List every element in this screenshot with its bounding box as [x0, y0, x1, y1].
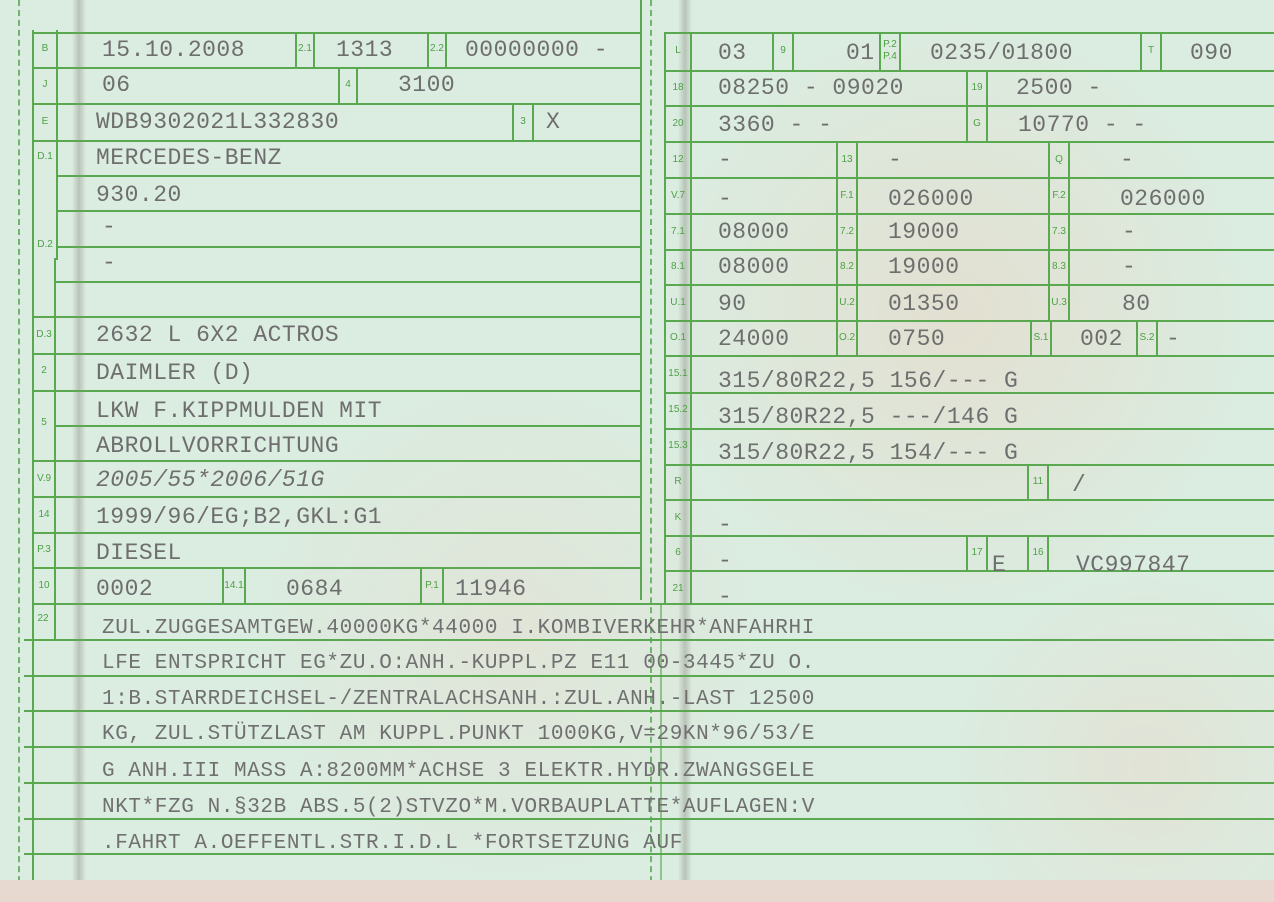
- standing-places: -: [1166, 326, 1180, 352]
- body-type-line-1: LKW F.KIPPMULDEN MIT: [96, 398, 382, 424]
- grid-line: [54, 258, 56, 638]
- max-laden-mass-f1: 026000: [888, 186, 974, 212]
- field-label-4: 4: [339, 80, 357, 90]
- grid-line: [32, 353, 642, 355]
- remarks-line-6: NKT*FZG N.§32B ABS.5(2)STVZO*M.VORBAUPLA…: [102, 796, 815, 820]
- grid-line: [640, 0, 642, 600]
- empty-mass: 10770 - -: [1018, 112, 1147, 138]
- towable-mass-unbraked: 0750: [888, 326, 945, 352]
- max-speed: 090: [1190, 40, 1233, 66]
- axle-load-7-1: 08000: [718, 219, 790, 245]
- type-line-2: -: [102, 214, 116, 240]
- field-label-d1: D.1: [34, 152, 56, 162]
- grid-line: [690, 32, 692, 604]
- grid-line: [56, 175, 642, 177]
- fuel-type: DIESEL: [96, 540, 182, 566]
- field-label-t: T: [1141, 46, 1161, 56]
- field-label-j: J: [34, 80, 56, 90]
- date-first-registration: 15.10.2008: [102, 37, 245, 63]
- field-label-o1: O.1: [666, 333, 690, 343]
- fold-crease-left: [72, 0, 86, 902]
- grid-line: [664, 249, 1274, 251]
- field-label-u2: U.2: [837, 298, 857, 308]
- value-3: X: [546, 109, 560, 135]
- field-label-f1: F.1: [837, 191, 857, 201]
- grid-line: [32, 532, 642, 534]
- axle-load-8-3: -: [1122, 254, 1136, 280]
- grid-line: [664, 213, 1274, 215]
- field-label-7-3: 7.3: [1049, 227, 1069, 237]
- field-label-6: 6: [666, 548, 690, 558]
- grid-line: [32, 460, 642, 462]
- power-rpm: 0235/01800: [930, 40, 1073, 66]
- value-j: 06: [102, 72, 131, 98]
- grid-line: [32, 603, 1274, 605]
- grid-line: [664, 105, 1274, 107]
- field-label-10: 10: [34, 581, 54, 591]
- field-label-p2: P.2: [880, 40, 900, 50]
- height: 3360 - -: [718, 112, 832, 138]
- value-11: /: [1072, 472, 1086, 498]
- vin-number: WDB9302021L332830: [96, 109, 339, 135]
- value-2-2: 00000000 -: [465, 37, 608, 63]
- grid-line: [966, 70, 968, 142]
- field-label-d3: D.3: [34, 330, 54, 340]
- field-label-p3: P.3: [34, 545, 54, 555]
- value-9: 01: [846, 40, 875, 66]
- field-label-s2: S.2: [1137, 333, 1157, 343]
- grid-line: [664, 32, 1274, 34]
- axle-load-7-3: -: [1122, 219, 1136, 245]
- document-number: VC997847: [1076, 552, 1190, 578]
- field-label-11: 11: [1028, 477, 1048, 487]
- type-line-3: -: [102, 250, 116, 276]
- field-label-2: 2: [34, 366, 54, 376]
- field-label-14: 14: [34, 510, 54, 520]
- perforation-left: [18, 0, 20, 902]
- noise-stationary: 90: [718, 291, 747, 317]
- grid-line: [32, 496, 642, 498]
- axle-load-7-2: 19000: [888, 219, 960, 245]
- field-label-2-2: 2.2: [428, 44, 446, 54]
- field-label-13: 13: [837, 155, 857, 165]
- field-label-15-3: 15.3: [666, 441, 690, 451]
- field-label-e: E: [34, 117, 56, 127]
- tyre-axle-1: 315/80R22,5 156/--- G: [718, 368, 1018, 394]
- grid-line: [986, 70, 988, 142]
- field-label-7-1: 7.1: [666, 227, 690, 237]
- remarks-line-3: 1:B.STARRDEICHSEL-/ZENTRALACHSANH.:ZUL.A…: [102, 688, 815, 712]
- seats: 002: [1080, 326, 1123, 352]
- value-12: -: [718, 147, 732, 173]
- remarks-line-7: .FAHRT A.OEFFENTL.STR.I.D.L *FORTSETZUNG…: [102, 832, 683, 856]
- field-label-v9: V.9: [34, 474, 54, 484]
- value-2-1: 1313: [336, 37, 393, 63]
- field-label-q: Q: [1049, 155, 1069, 165]
- manufacturer-brand: MERCEDES-BENZ: [96, 145, 282, 171]
- field-label-o2: O.2: [837, 333, 857, 343]
- field-label-v7: V.7: [666, 191, 690, 201]
- grid-line: [664, 284, 1274, 286]
- field-label-21: 21: [666, 584, 690, 594]
- value-10: 0002: [96, 576, 153, 602]
- tyre-axle-3: 315/80R22,5 154/--- G: [718, 440, 1018, 466]
- width: 2500 -: [1016, 75, 1102, 101]
- remarks-line-2: LFE ENTSPRICHT EG*ZU.O:ANH.-KUPPL.PZ E11…: [102, 652, 815, 676]
- grid-line: [32, 390, 642, 392]
- field-label-2-1: 2.1: [296, 44, 314, 54]
- grid-line: [56, 210, 642, 212]
- grid-line: [54, 425, 642, 427]
- value-21: -: [718, 584, 732, 610]
- registration-document: B 2.1 2.2 J 4 E 3 D.1 D.2 D.3 2 5 V.9 14…: [0, 0, 1274, 902]
- towable-mass-braked: 24000: [718, 326, 790, 352]
- field-label-16: 16: [1028, 548, 1048, 558]
- trade-name: 2632 L 6X2 ACTROS: [96, 322, 339, 348]
- engine-capacity: 11946: [455, 576, 527, 602]
- axle-load-8-1: 08000: [718, 254, 790, 280]
- field-label-d2: D.2: [34, 240, 56, 250]
- field-label-u1: U.1: [666, 298, 690, 308]
- grid-line: [56, 246, 642, 248]
- value-l: 03: [718, 40, 747, 66]
- grid-line: [54, 603, 56, 639]
- field-label-g: G: [967, 119, 987, 129]
- field-label-9: 9: [773, 46, 793, 56]
- grid-line: [664, 499, 1274, 501]
- emission-class: 2005/55*2006/51G: [96, 467, 325, 493]
- field-label-r: R: [666, 477, 690, 487]
- grid-line: [56, 281, 642, 283]
- grid-line: [32, 140, 642, 142]
- remarks-line-5: G ANH.III MASS A:8200MM*ACHSE 3 ELEKTR.H…: [102, 760, 815, 784]
- value-17: E: [992, 552, 1006, 578]
- tyre-axle-2: 315/80R22,5 ---/146 G: [718, 404, 1018, 430]
- page-edge: [0, 880, 1274, 902]
- field-label-u3: U.3: [1049, 298, 1069, 308]
- value-6: -: [718, 548, 732, 574]
- remarks-line-1: ZUL.ZUGGESAMTGEW.40000KG*44000 I.KOMBIVE…: [102, 617, 815, 641]
- field-label-18: 18: [666, 83, 690, 93]
- grid-line: [664, 177, 1274, 179]
- grid-line: [664, 355, 1274, 357]
- field-label-7-2: 7.2: [837, 227, 857, 237]
- field-label-s1: S.1: [1031, 333, 1051, 343]
- field-label-8-3: 8.3: [1049, 262, 1069, 272]
- field-label-3: 3: [513, 117, 533, 127]
- manufacturer-name: DAIMLER (D): [96, 360, 253, 386]
- field-label-15-2: 15.2: [666, 405, 690, 415]
- grid-line: [664, 535, 1274, 537]
- value-4: 3100: [398, 72, 455, 98]
- field-label-b: B: [34, 44, 56, 54]
- field-label-19: 19: [967, 83, 987, 93]
- field-label-8-2: 8.2: [837, 262, 857, 272]
- noise-rpm: 01350: [888, 291, 960, 317]
- field-label-8-1: 8.1: [666, 262, 690, 272]
- field-label-14-1: 14.1: [223, 581, 245, 591]
- value-13: -: [888, 147, 902, 173]
- field-label-12: 12: [666, 155, 690, 165]
- grid-line: [32, 67, 642, 69]
- grid-line: [32, 316, 642, 318]
- field-label-k: K: [666, 513, 690, 523]
- grid-line: [664, 141, 1274, 143]
- value-q: -: [1120, 147, 1134, 173]
- grid-line: [664, 70, 1274, 72]
- axle-load-8-2: 19000: [888, 254, 960, 280]
- field-label-22: 22: [33, 614, 53, 624]
- value-k: -: [718, 512, 732, 538]
- field-label-17: 17: [967, 548, 987, 558]
- grid-line: [32, 103, 642, 105]
- field-label-p4: P.4: [880, 52, 900, 62]
- value-v7: -: [718, 186, 732, 212]
- noise-driving: 80: [1122, 291, 1151, 317]
- field-label-20: 20: [666, 119, 690, 129]
- remarks-line-4: KG, ZUL.STÜTZLAST AM KUPPL.PUNKT 1000KG,…: [102, 723, 815, 747]
- emission-directive: 1999/96/EG;B2,GKL:G1: [96, 504, 382, 530]
- value-14-1: 0684: [286, 576, 343, 602]
- max-laden-mass-f2: 026000: [1120, 186, 1206, 212]
- field-label-f2: F.2: [1049, 191, 1069, 201]
- field-label-15-1: 15.1: [666, 369, 690, 379]
- type-line-1: 930.20: [96, 182, 182, 208]
- body-type-line-2: ABROLLVORRICHTUNG: [96, 433, 339, 459]
- field-label-5: 5: [34, 418, 54, 428]
- grid-line: [32, 32, 642, 34]
- field-label-p1: P.1: [421, 581, 443, 591]
- length-range: 08250 - 09020: [718, 75, 904, 101]
- field-label-l: L: [666, 46, 690, 56]
- grid-line: [56, 30, 58, 260]
- grid-line: [664, 320, 1274, 322]
- grid-line: [32, 567, 642, 569]
